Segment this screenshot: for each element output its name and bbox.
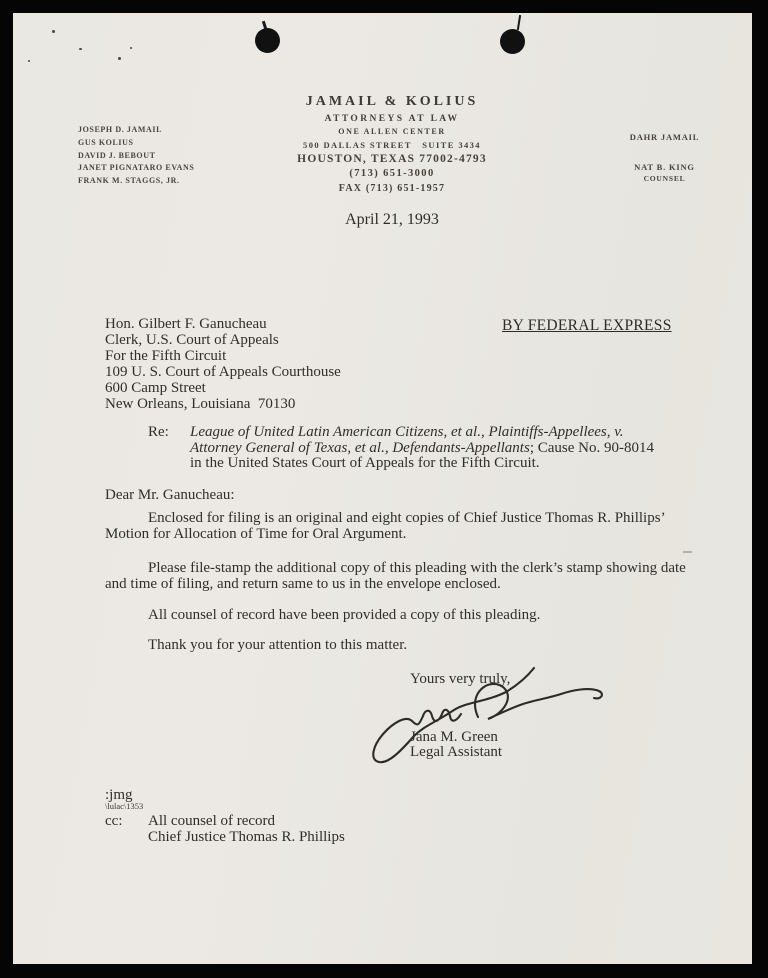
scan-speck	[118, 57, 121, 60]
recipient-line: Clerk, U.S. Court of Appeals	[105, 333, 341, 349]
signature-graphic	[348, 664, 620, 782]
attorney-name: JANET PIGNATARO EVANS	[78, 162, 194, 175]
cc-line: All counsel of record	[148, 813, 345, 829]
re-block: Re: League of United Latin American Citi…	[148, 425, 654, 472]
re-line: in the United States Court of Appeals fo…	[190, 456, 654, 472]
re-label: Re:	[148, 425, 169, 441]
recipient-line: 109 U. S. Court of Appeals Courthouse	[105, 365, 341, 381]
attorney-name: GUS KOLIUS	[78, 137, 194, 150]
punch-hole-right	[500, 29, 525, 54]
cc-label: cc:	[105, 813, 122, 830]
scan-speck	[79, 48, 82, 50]
recipient-line: Hon. Gilbert F. Ganucheau	[105, 317, 341, 333]
scan-speck	[130, 47, 132, 49]
attorney-name: FRANK M. STAGGS, JR.	[78, 175, 194, 188]
scanned-letter-page: JAMAIL & KOLIUS ATTORNEYS AT LAW ONE ALL…	[0, 0, 768, 978]
attorneys-list-right: DAHR JAMAIL NAT B. KING COUNSEL	[592, 132, 737, 183]
salutation: Dear Mr. Ganucheau:	[105, 487, 235, 504]
attorney-name: DAVID J. BEBOUT	[78, 150, 194, 163]
body-paragraph: Thank you for your attention to this mat…	[105, 638, 706, 654]
recipient-line: 600 Camp Street	[105, 381, 341, 397]
attorney-name: JOSEPH D. JAMAIL	[78, 124, 194, 137]
firm-name: JAMAIL & KOLIUS	[16, 94, 768, 110]
recipient-line: For the Fifth Circuit	[105, 349, 341, 365]
scan-speck	[28, 60, 30, 62]
body-paragraph: Please file-stamp the additional copy of…	[105, 561, 706, 593]
firm-tagline: ATTORNEYS AT LAW	[16, 114, 768, 124]
cc-line: Chief Justice Thomas R. Phillips	[148, 829, 345, 845]
recipient-address: Hon. Gilbert F. Ganucheau Clerk, U.S. Co…	[105, 317, 341, 412]
signer-title: Legal Assistant	[410, 744, 502, 761]
delivery-method: BY FEDERAL EXPRESS	[502, 317, 672, 335]
cc-block: All counsel of record Chief Justice Thom…	[148, 813, 345, 845]
punch-hole-left	[255, 28, 280, 53]
body-paragraph: Enclosed for filing is an original and e…	[105, 511, 706, 543]
scan-dash-artifact	[683, 551, 692, 553]
body-paragraph: All counsel of record have been provided…	[105, 608, 706, 624]
re-line: Attorney General of Texas, et al., Defen…	[190, 441, 654, 457]
recipient-line: New Orleans, Louisiana 70130	[105, 397, 341, 413]
attorneys-list-left: JOSEPH D. JAMAIL GUS KOLIUS DAVID J. BEB…	[78, 124, 194, 188]
attorney-name: NAT B. KING	[592, 162, 737, 172]
date-line: April 21, 1993	[16, 211, 768, 229]
attorney-name: DAHR JAMAIL	[592, 132, 737, 142]
attorney-title: COUNSEL	[592, 174, 737, 183]
scan-speck	[52, 30, 55, 33]
file-reference: \lulac\1353	[105, 801, 143, 811]
re-line: League of United Latin American Citizens…	[190, 425, 654, 441]
